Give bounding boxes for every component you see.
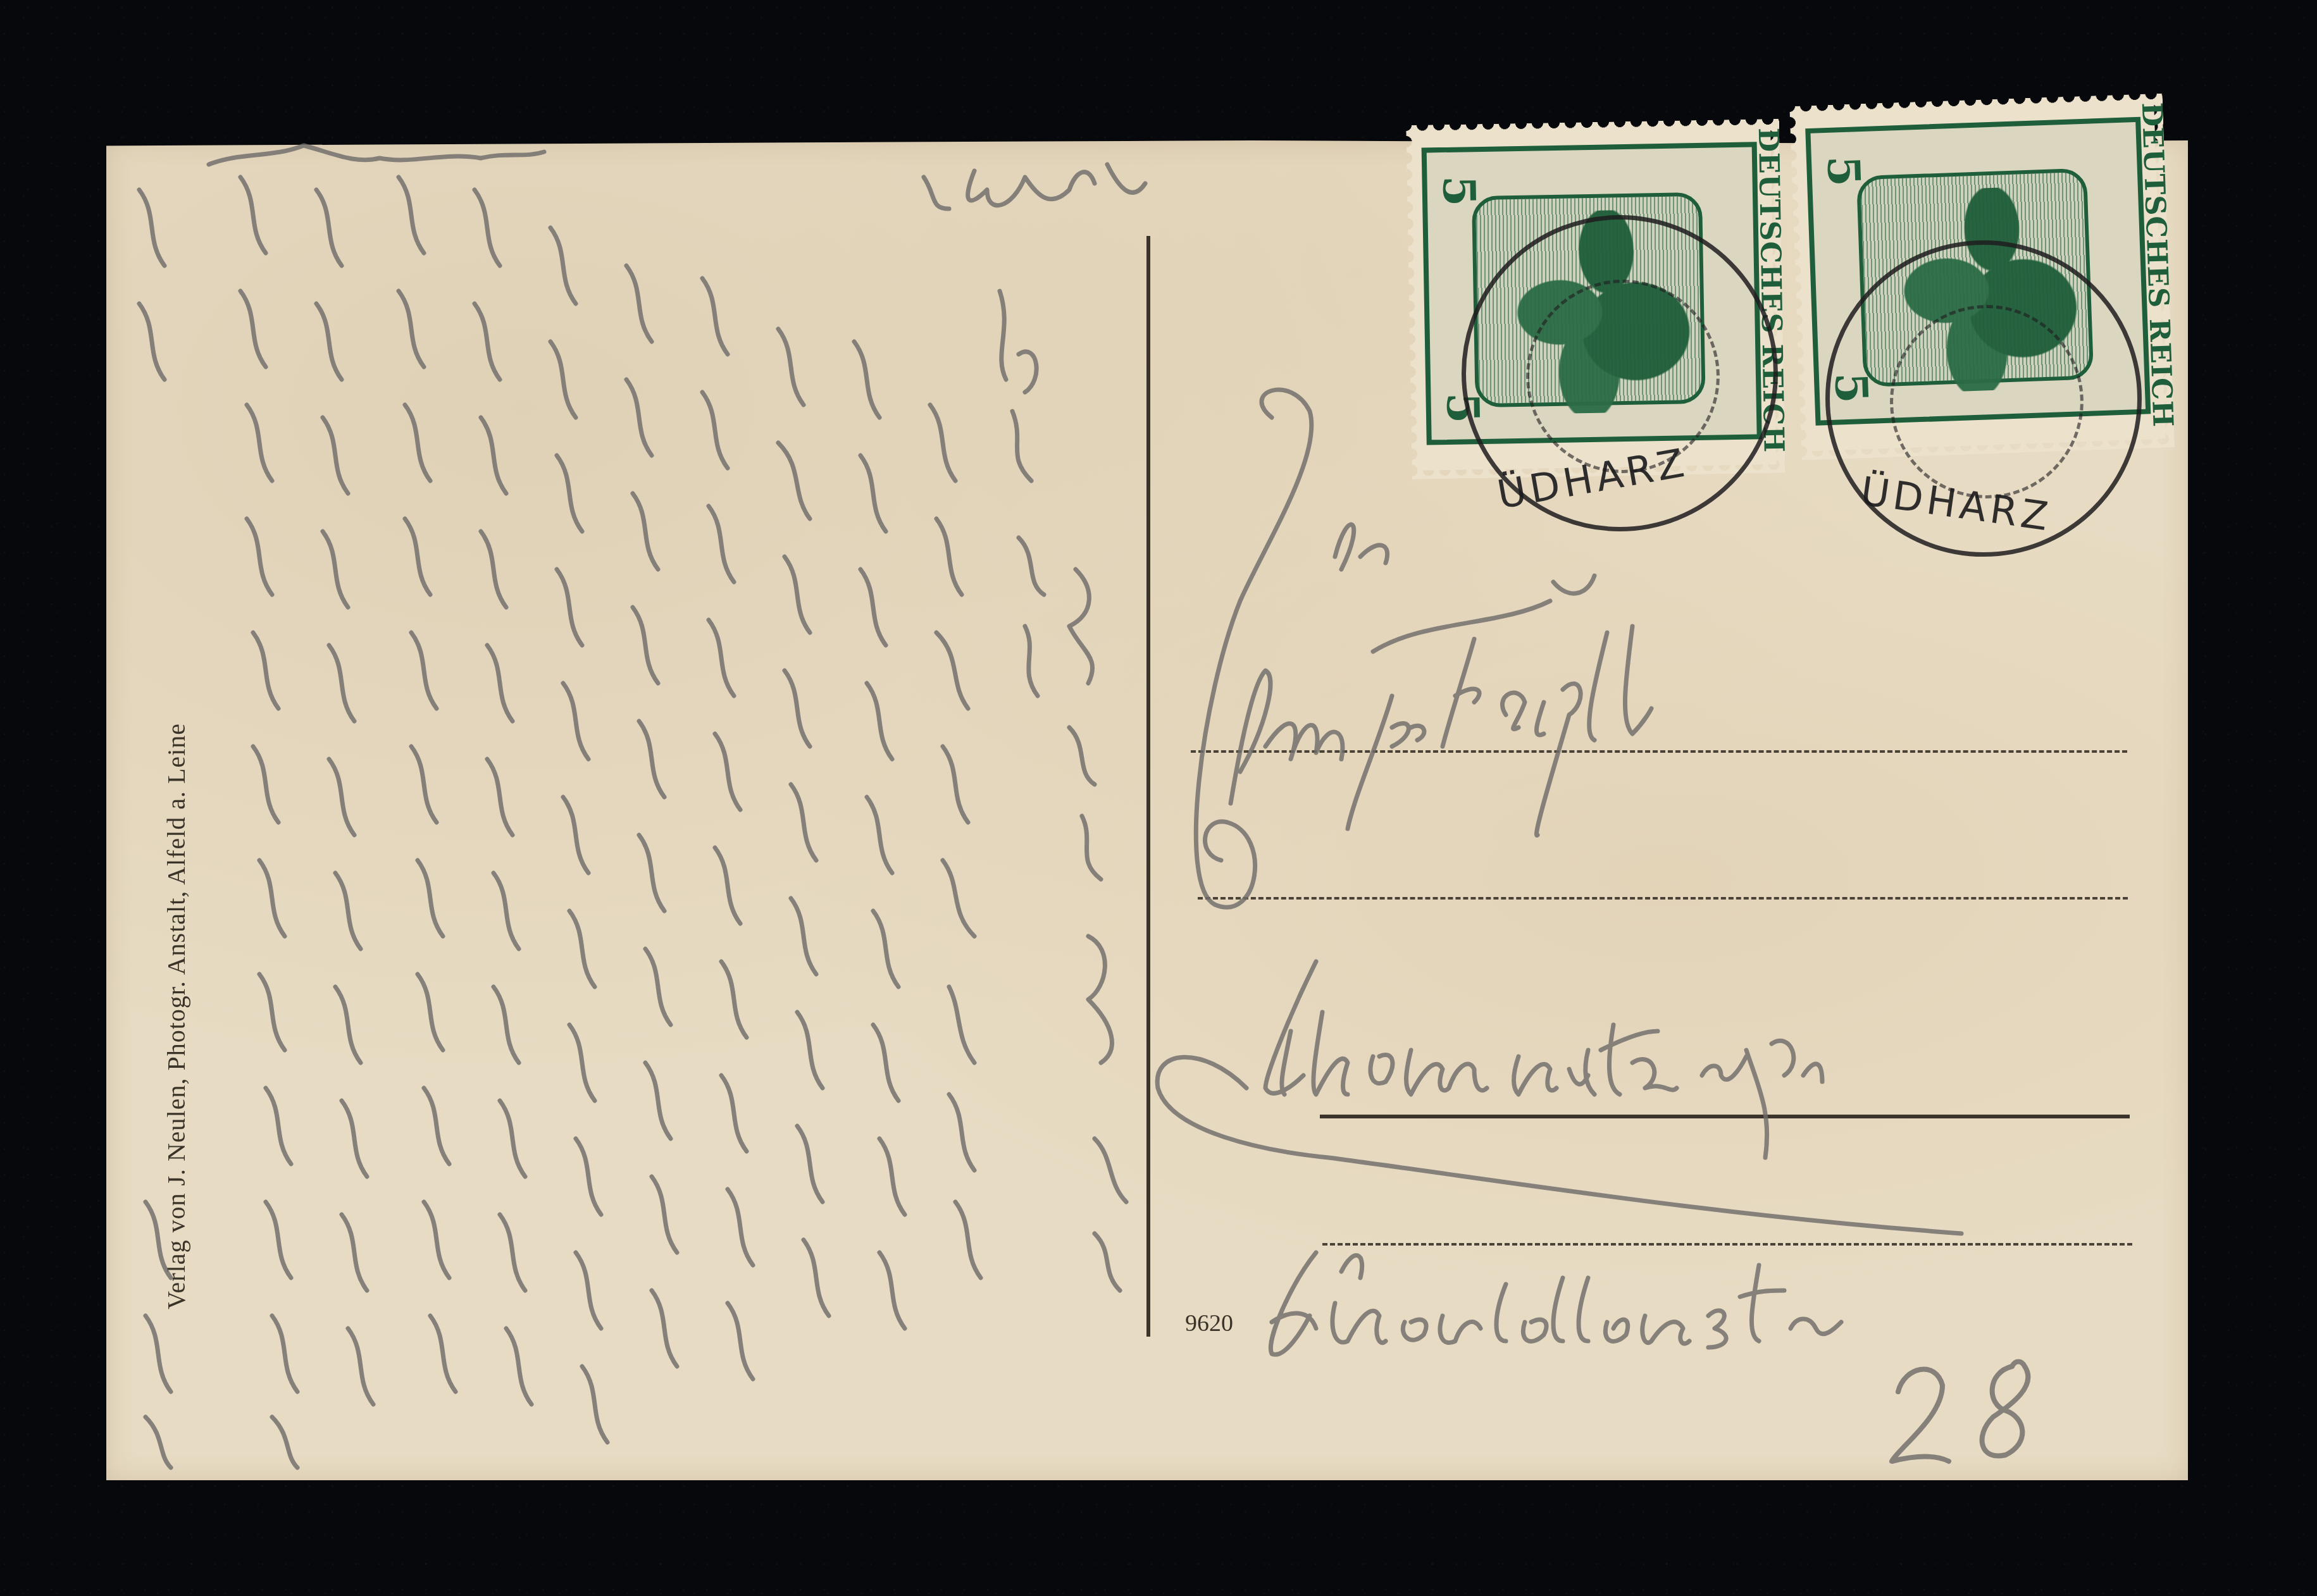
address-line-3 [1320, 1115, 2130, 1118]
address-line-1 [1191, 750, 2127, 753]
address-line-2 [1198, 897, 2128, 900]
card-number: 9620 [1185, 1309, 1233, 1337]
address-line-4 [1322, 1243, 2132, 1246]
publisher-imprint: Verlag von J. Neulen, Photogr. Anstalt, … [161, 723, 191, 1309]
stamp-denomination: 5 [1817, 155, 1871, 188]
stamp-denomination: 5 [1432, 175, 1486, 207]
message-address-divider [1146, 236, 1150, 1337]
